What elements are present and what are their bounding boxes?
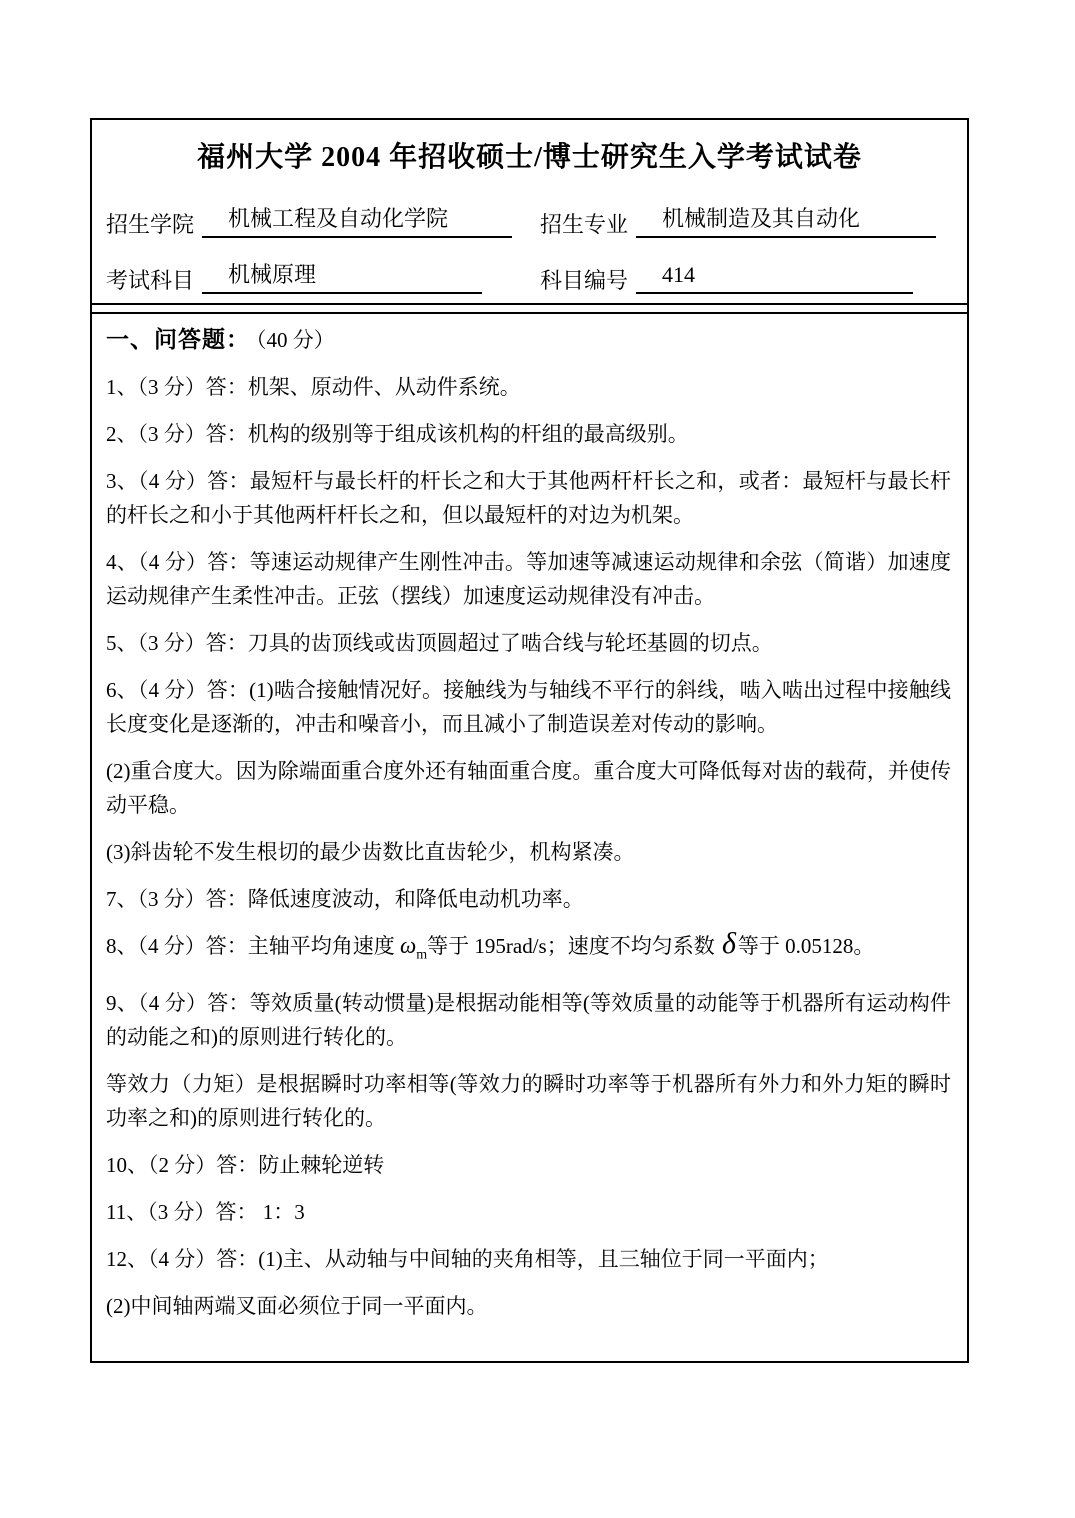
header-row-subject-code: 考试科目 机械原理 科目编号 414 xyxy=(106,262,953,294)
answer-paragraph: 5、（3 分）答：刀具的齿顶线或齿顶圆超过了啮合线与轮坯基圆的切点。 xyxy=(106,626,951,660)
page-title: 福州大学 2004 年招收硕士/博士研究生入学考试试卷 xyxy=(106,120,953,176)
field-label-subject: 考试科目 xyxy=(106,268,194,294)
exam-header: 福州大学 2004 年招收硕士/博士研究生入学考试试卷 招生学院 机械工程及自动… xyxy=(92,120,967,305)
field-value-subject: 机械原理 xyxy=(202,262,482,294)
answer-paragraph: 7、（3 分）答：降低速度波动，和降低电动机功率。 xyxy=(106,882,951,916)
section-heading: 一、问答题：（40 分） xyxy=(106,323,951,357)
field-label-major: 招生专业 xyxy=(540,212,628,238)
answer-paragraph: 10、（2 分）答：防止棘轮逆转 xyxy=(106,1148,951,1182)
header-row-college-major: 招生学院 机械工程及自动化学院 招生专业 机械制造及其自动化 xyxy=(106,206,953,238)
answer-paragraph: 9、（4 分）答：等效质量(转动惯量)是根据动能相等(等效质量的动能等于机器所有… xyxy=(106,986,951,1054)
exam-body: 一、问答题：（40 分） 1、（3 分）答：机架、原动件、从动件系统。2、（3 … xyxy=(92,312,967,1333)
omega-m-symbol: ωm xyxy=(400,933,427,958)
section-heading-title: 一、问答题： xyxy=(106,327,250,352)
answer-paragraph: (2)中间轴两端叉面必须位于同一平面内。 xyxy=(106,1289,951,1323)
field-label-subject-code: 科目编号 xyxy=(540,268,628,294)
section-heading-score: （40 分） xyxy=(256,328,335,352)
answer-paragraph: (3)斜齿轮不发生根切的最少齿数比直齿轮少，机构紧凑。 xyxy=(106,835,951,869)
answer-paragraph: 8、（4 分）答：主轴平均角速度 ωm等于 195rad/s；速度不均匀系数 δ… xyxy=(106,929,951,973)
exam-paper-frame: 福州大学 2004 年招收硕士/博士研究生入学考试试卷 招生学院 机械工程及自动… xyxy=(90,118,969,1363)
answer-paragraph: (2)重合度大。因为除端面重合度外还有轴面重合度。重合度大可降低每对齿的载荷，并… xyxy=(106,754,951,822)
answer-paragraph: 12、（4 分）答：(1)主、从动轴与中间轴的夹角相等，且三轴位于同一平面内； xyxy=(106,1242,951,1276)
answer-paragraph: 4、（4 分）答：等速运动规律产生刚性冲击。等加速等减速运动规律和余弦（简谐）加… xyxy=(106,545,951,613)
answer-paragraph: 11、（3 分）答： 1：3 xyxy=(106,1195,951,1229)
answer-paragraph: 3、（4 分）答：最短杆与最长杆的杆长之和大于其他两杆杆长之和，或者：最短杆与最… xyxy=(106,464,951,532)
answer-paragraph: 1、（3 分）答：机架、原动件、从动件系统。 xyxy=(106,370,951,404)
answers-list: 1、（3 分）答：机架、原动件、从动件系统。2、（3 分）答：机构的级别等于组成… xyxy=(106,370,951,1323)
delta-symbol: δ xyxy=(720,927,738,960)
field-value-major: 机械制造及其自动化 xyxy=(636,206,936,238)
answer-paragraph: 2、（3 分）答：机构的级别等于组成该机构的杆组的最高级别。 xyxy=(106,417,951,451)
field-label-college: 招生学院 xyxy=(106,212,194,238)
exam-paper-page: 福州大学 2004 年招收硕士/博士研究生入学考试试卷 招生学院 机械工程及自动… xyxy=(0,0,1075,1518)
answer-paragraph: 6、（4 分）答：(1)啮合接触情况好。接触线为与轴线不平行的斜线，啮入啮出过程… xyxy=(106,673,951,741)
answer-paragraph: 等效力（力矩）是根据瞬时功率相等(等效力的瞬时功率等于机器所有外力和外力矩的瞬时… xyxy=(106,1067,951,1135)
field-value-subject-code: 414 xyxy=(636,262,913,294)
field-value-college: 机械工程及自动化学院 xyxy=(202,206,512,238)
